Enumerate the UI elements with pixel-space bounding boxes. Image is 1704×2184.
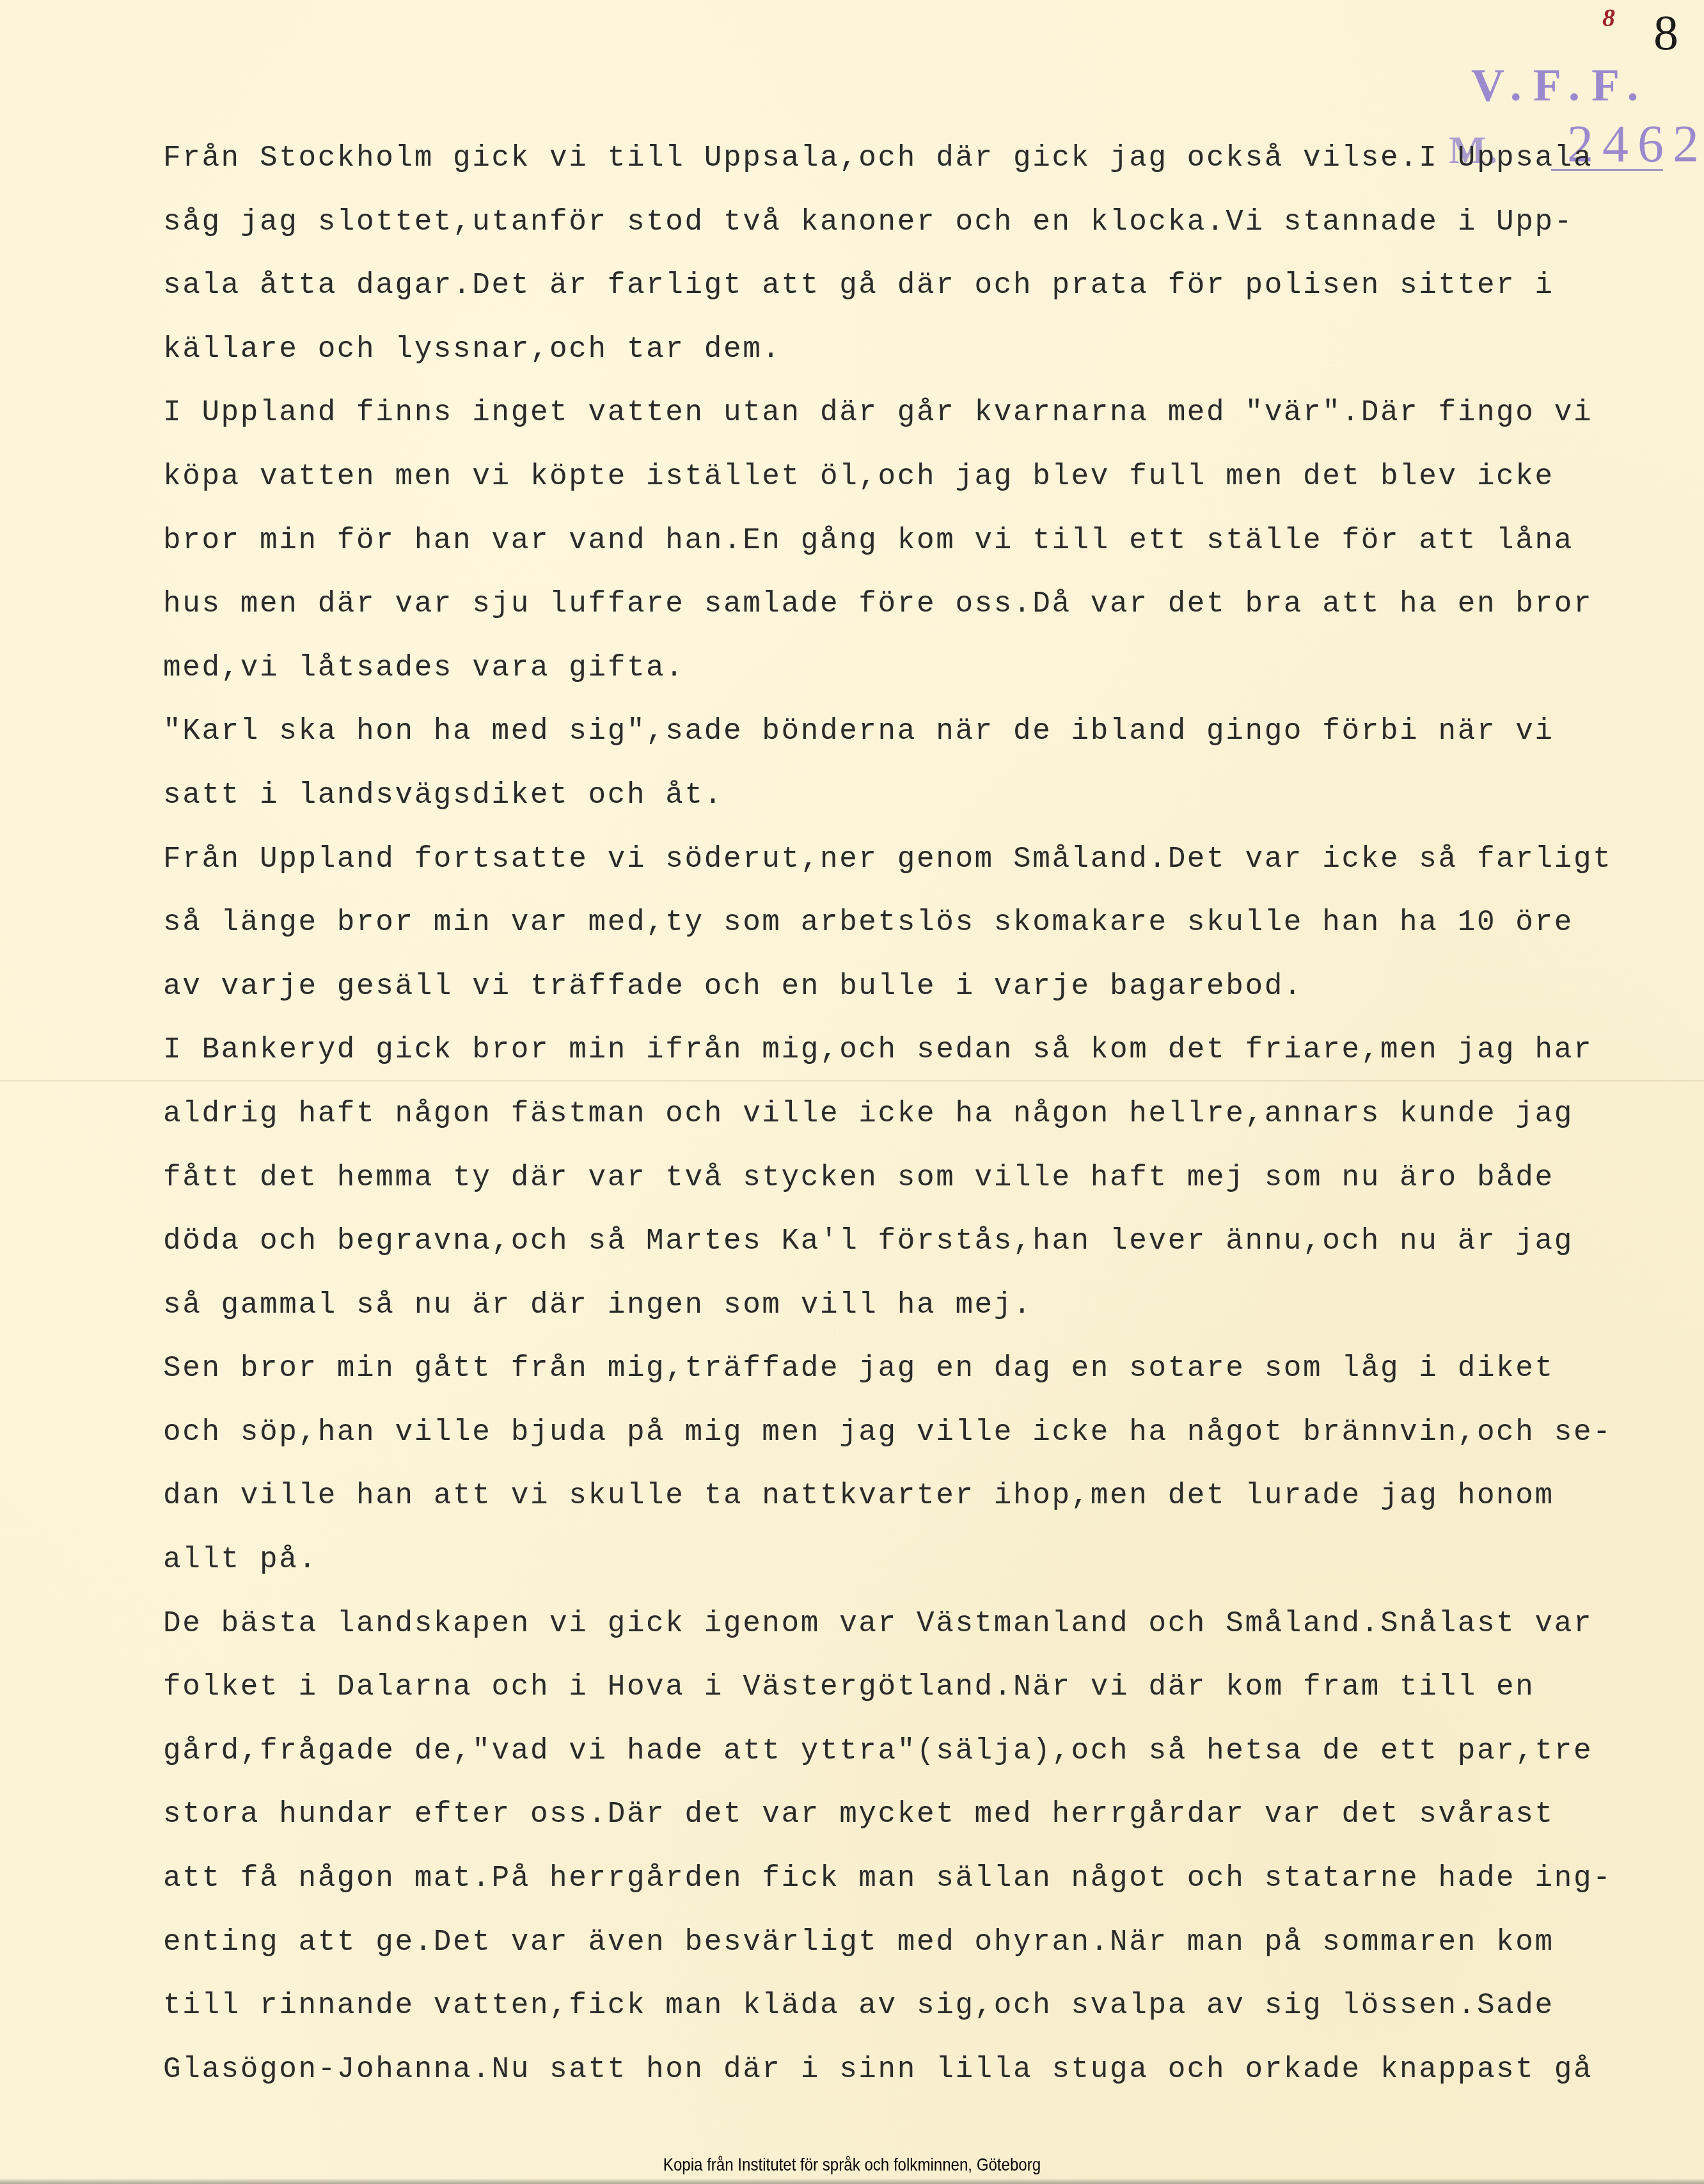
text-line: Sen bror min gått från mig,träffade jag … xyxy=(163,1346,1634,1410)
text-line: till rinnande vatten,fick man kläda av s… xyxy=(163,1983,1634,2047)
text-line: köpa vatten men vi köpte istället öl,och… xyxy=(163,454,1634,518)
typewritten-body: Från Stockholm gick vi till Uppsala,och … xyxy=(163,136,1634,2110)
text-line: "Karl ska hon ha med sig",sade bönderna … xyxy=(163,709,1634,773)
text-line: I Bankeryd gick bror min ifrån mig,och s… xyxy=(163,1027,1634,1091)
text-line: gård,frågade de,"vad vi hade att yttra"(… xyxy=(163,1729,1634,1792)
text-line: folket i Dalarna och i Hova i Västergötl… xyxy=(163,1665,1634,1729)
text-line: stora hundar efter oss.Där det var mycke… xyxy=(163,1792,1634,1856)
text-line: allt på. xyxy=(163,1537,1634,1601)
text-line: I Uppland finns inget vatten utan där gå… xyxy=(163,390,1634,454)
archive-footer-caption: Kopia från Institutet för språk och folk… xyxy=(119,2155,1584,2175)
text-line: bror min för han var vand han.En gång ko… xyxy=(163,518,1634,582)
text-line: källare och lyssnar,och tar dem. xyxy=(163,327,1634,391)
stamp-top-line: V.F.F. xyxy=(1471,59,1650,112)
text-line: Från Stockholm gick vi till Uppsala,och … xyxy=(163,136,1634,200)
text-line: så länge bror min var med,ty som arbetsl… xyxy=(163,900,1634,964)
text-line: satt i landsvägsdiket och åt. xyxy=(163,773,1634,837)
text-line: att få någon mat.På herrgården fick man … xyxy=(163,1856,1634,1920)
page-number: 8 xyxy=(1653,8,1678,58)
red-page-number: 8 xyxy=(1602,3,1615,33)
text-line: fått det hemma ty där var två stycken so… xyxy=(163,1155,1634,1219)
text-line: så gammal så nu är där ingen som vill ha… xyxy=(163,1283,1634,1347)
text-line: döda och begravna,och så Martes Ka'l för… xyxy=(163,1219,1634,1283)
text-line: såg jag slottet,utanför stod två kanoner… xyxy=(163,200,1634,264)
text-line: med,vi låtsades vara gifta. xyxy=(163,645,1634,709)
text-line: Från Uppland fortsatte vi söderut,ner ge… xyxy=(163,837,1634,901)
text-line: De bästa landskapen vi gick igenom var V… xyxy=(163,1601,1634,1665)
text-line: Glasögon-Johanna.Nu satt hon där i sinn … xyxy=(163,2047,1634,2111)
text-line: enting att ge.Det var även besvärligt me… xyxy=(163,1920,1634,1984)
text-line: och söp,han ville bjuda på mig men jag v… xyxy=(163,1410,1634,1474)
scan-bottom-edge xyxy=(0,2179,1704,2184)
text-line: dan ville han att vi skulle ta nattkvart… xyxy=(163,1473,1634,1537)
text-line: sala åtta dagar.Det är farligt att gå dä… xyxy=(163,263,1634,327)
text-line: av varje gesäll vi träffade och en bulle… xyxy=(163,964,1634,1028)
text-line: aldrig haft någon fästman och ville icke… xyxy=(163,1091,1634,1155)
text-line: hus men där var sju luffare samlade före… xyxy=(163,582,1634,645)
